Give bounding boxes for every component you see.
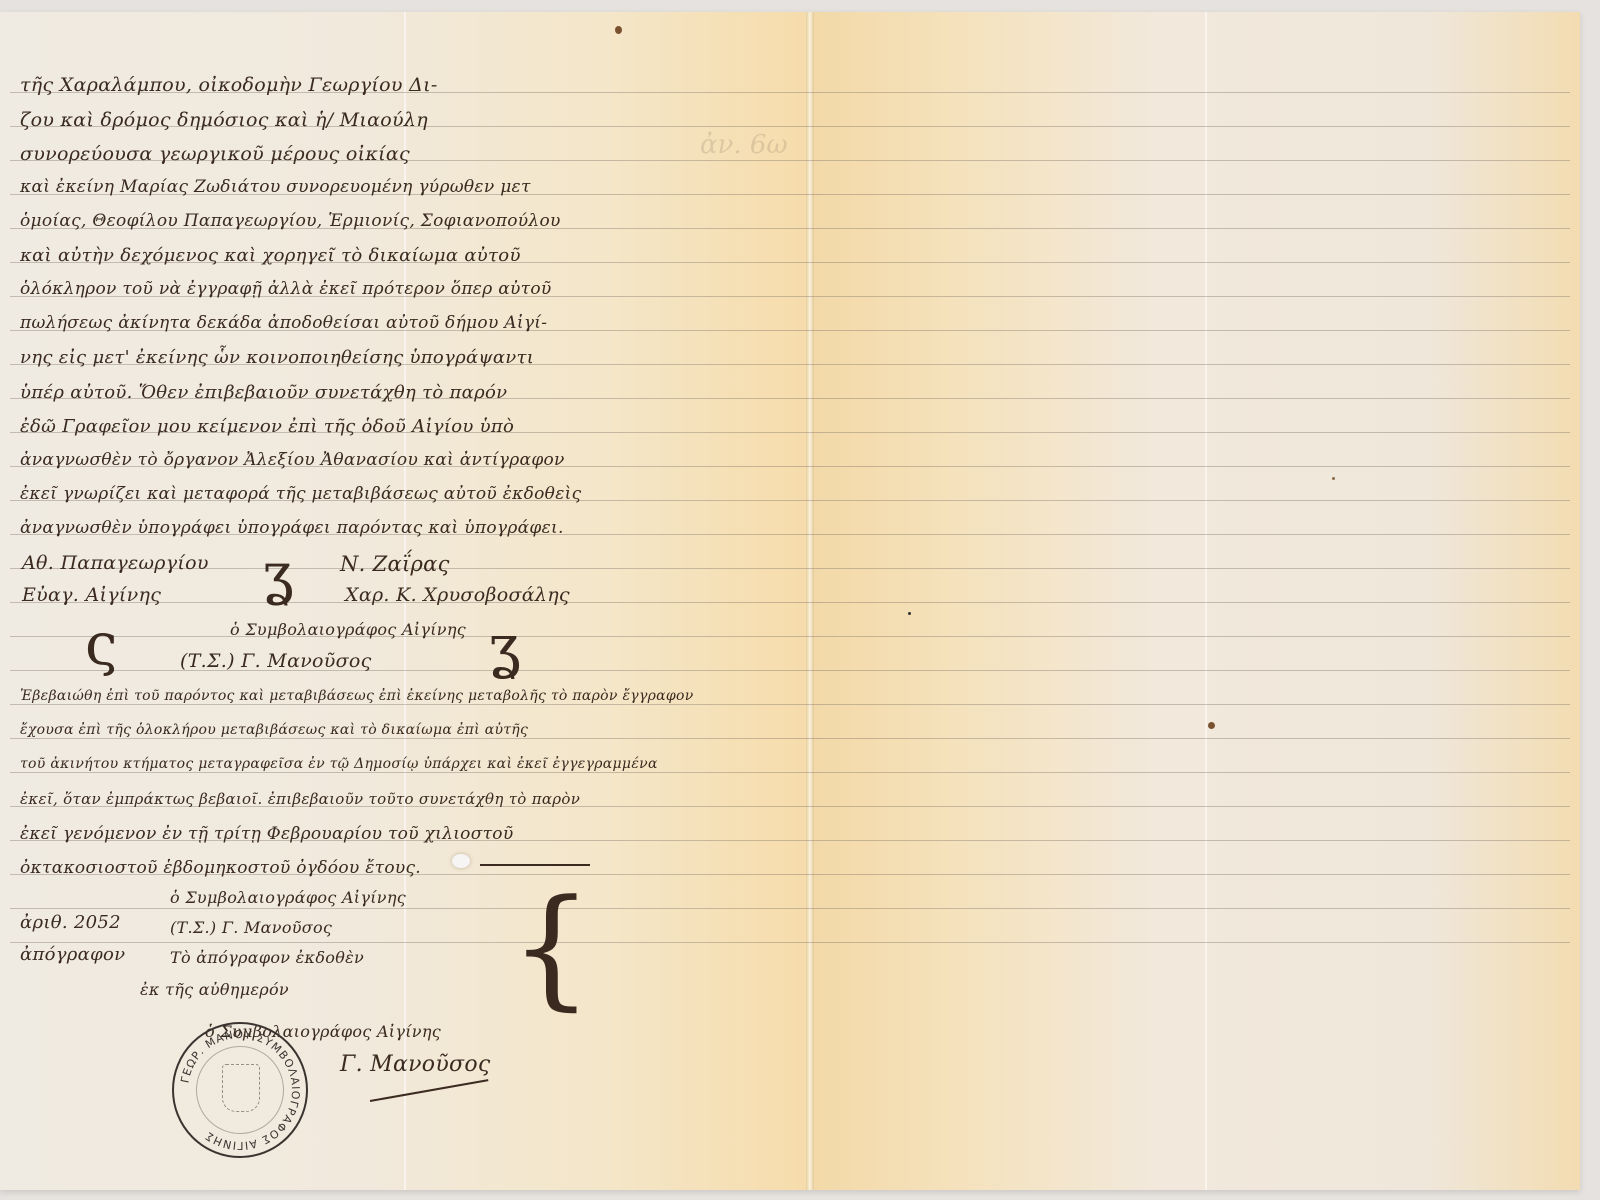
signature-party-1: Ν. Ζαΐρας (340, 552, 450, 576)
document-sheet: ἀν. 6ω τῆς Χαραλάμπου, οἰκοδομὴν Γεωργίο… (0, 12, 1580, 1190)
body-line: τῆς Χαραλάμπου, οἰκοδομὴν Γεωργίου Δι- (20, 74, 438, 96)
body-line: καὶ αὐτὴν δεχόμενος καὶ χορηγεῖ τὸ δικαί… (20, 245, 521, 266)
notary-signature-final: Γ. Μανοῦσος (340, 1052, 491, 1077)
fold-crease-right (1205, 12, 1207, 1190)
certification-line: ἐκεῖ γενόμενον ἐν τῇ τρίτῃ Φεβρουαρίου τ… (20, 824, 513, 844)
body-line: πωλήσεως ἀκίνητα δεκάδα ἀποδοθείσαι αὐτο… (20, 313, 547, 333)
reference-label: ἀπόγραφον (20, 944, 125, 965)
body-line: ἀναγνωσθὲν ὑπογράφει ὑπογράφει παρόντας … (20, 518, 564, 538)
reference-number: ἀριθ. 2052 (20, 912, 121, 933)
ruled-line (10, 772, 1570, 773)
ink-spot (908, 612, 911, 615)
ruled-line (10, 942, 1570, 943)
certification-line: ὀκτακοσιοστοῦ ἑβδομηκοστοῦ ὀγδόου ἔτους. (20, 858, 421, 878)
body-line: ἐκεῖ γνωρίζει καὶ μεταφορά τῆς μεταβιβάσ… (20, 484, 581, 504)
copy-note-2: ἐκ τῆς αὐθημερόν (140, 980, 289, 999)
copy-note: Τὸ ἀπόγραφον ἐκδοθὲν (170, 948, 364, 967)
ink-bleed-through: ἀν. 6ω (700, 130, 788, 160)
ruled-line (10, 908, 1570, 909)
body-line: ὑπέρ αὐτοῦ. Ὅθεν ἐπιβεβαιοῦν συνετάχθη τ… (20, 382, 507, 403)
body-line: ἀναγνωσθὲν τὸ ὄργανον Ἀλεξίου Ἀθανασίου … (20, 450, 565, 470)
center-gutter (806, 12, 814, 1190)
brace-mark: ς (85, 610, 117, 678)
ruled-line (10, 602, 1570, 603)
notary-title: ὁ Συμβολαιογράφος Αἰγίνης (230, 620, 466, 639)
ruled-line (10, 568, 1570, 569)
notary-title-2: ὁ Συμβολαιογράφος Αἰγίνης (170, 888, 406, 907)
notary-seal: ΓΕΩΡ. ΜΑΝΟΥ ΣΥΜΒΟΛΑΙΟΓΡΑΦΟΣ ΑΙΓΙΝΗΣ (172, 1022, 308, 1158)
ink-spot (615, 26, 622, 34)
certification-line: τοῦ ἀκινήτου κτήματος μεταγραφεῖσα ἐν τῷ… (20, 756, 658, 772)
body-line: καὶ ἐκείνη Μαρίας Ζωδιάτου συνορευομένη … (20, 177, 531, 197)
right-page (812, 12, 1580, 1190)
ink-spot (1332, 477, 1335, 480)
closing-stroke (480, 864, 590, 866)
svg-text:ΓΕΩΡ. ΜΑΝΟΥ ΣΥΜΒΟΛΑΙΟΓΡΑΦΟΣ ΑΙ: ΓΕΩΡ. ΜΑΝΟΥ ΣΥΜΒΟΛΑΙΟΓΡΑΦΟΣ ΑΙΓΙΝΗΣ (178, 1028, 302, 1152)
body-line: ὁμοίας, Θεοφίλου Παπαγεωργίου, Ἑρμιονίς,… (20, 211, 561, 231)
body-line: ζου καὶ δρόμος δημόσιος καὶ ἡ/ Μιαούλη (20, 109, 428, 131)
signature-party-2: Χαρ. Κ. Χρυσοβοσάλης (345, 584, 570, 606)
notary-signature-2: (Τ.Σ.) Γ. Μανοῦσος (170, 918, 332, 937)
brace-mark: ʓ (488, 612, 520, 680)
body-line: ἐδῶ Γραφεῖον μου κείμενον ἐπὶ τῆς ὁδοῦ Α… (20, 416, 514, 437)
notary-signature: (Τ.Σ.) Γ. Μανοῦσος (180, 650, 372, 672)
seal-lettering: ΓΕΩΡ. ΜΑΝΟΥ ΣΥΜΒΟΛΑΙΟΓΡΑΦΟΣ ΑΙΓΙΝΗΣ (174, 1024, 306, 1156)
signature-witness-2: Εὐαγ. Αἰγίνης (22, 584, 161, 606)
body-line: συνορεύουσα γεωργικοῦ μέρους οἰκίας (20, 143, 410, 165)
body-line: ὁλόκληρον τοῦ νὰ ἐγγραφῇ ἀλλὰ ἐκεῖ πρότε… (20, 279, 552, 299)
brace-mark: ʓ (262, 542, 293, 607)
signature-witness-1: Αθ. Παπαγεωργίου (22, 552, 209, 574)
certification-line: Ἐβεβαιώθη ἐπὶ τοῦ παρόντος καὶ μεταβιβάσ… (20, 688, 694, 704)
ruled-line (10, 738, 1570, 739)
paper-hole (452, 854, 470, 868)
certification-line: ἐκεῖ, ὅταν ἐμπράκτως βεβαιοῖ. ἐπιβεβαιοῦ… (20, 790, 580, 808)
ruled-line (10, 704, 1570, 705)
certification-line: ἔχουσα ἐπὶ τῆς ὁλοκλήρου μεταβιβάσεως κα… (20, 722, 528, 738)
body-line: νης εἰς μετ' ἐκείνης ὧν κοινοποιηθείσης … (20, 347, 534, 368)
large-brace-mark: { (510, 882, 593, 1012)
ink-spot (1208, 722, 1215, 729)
